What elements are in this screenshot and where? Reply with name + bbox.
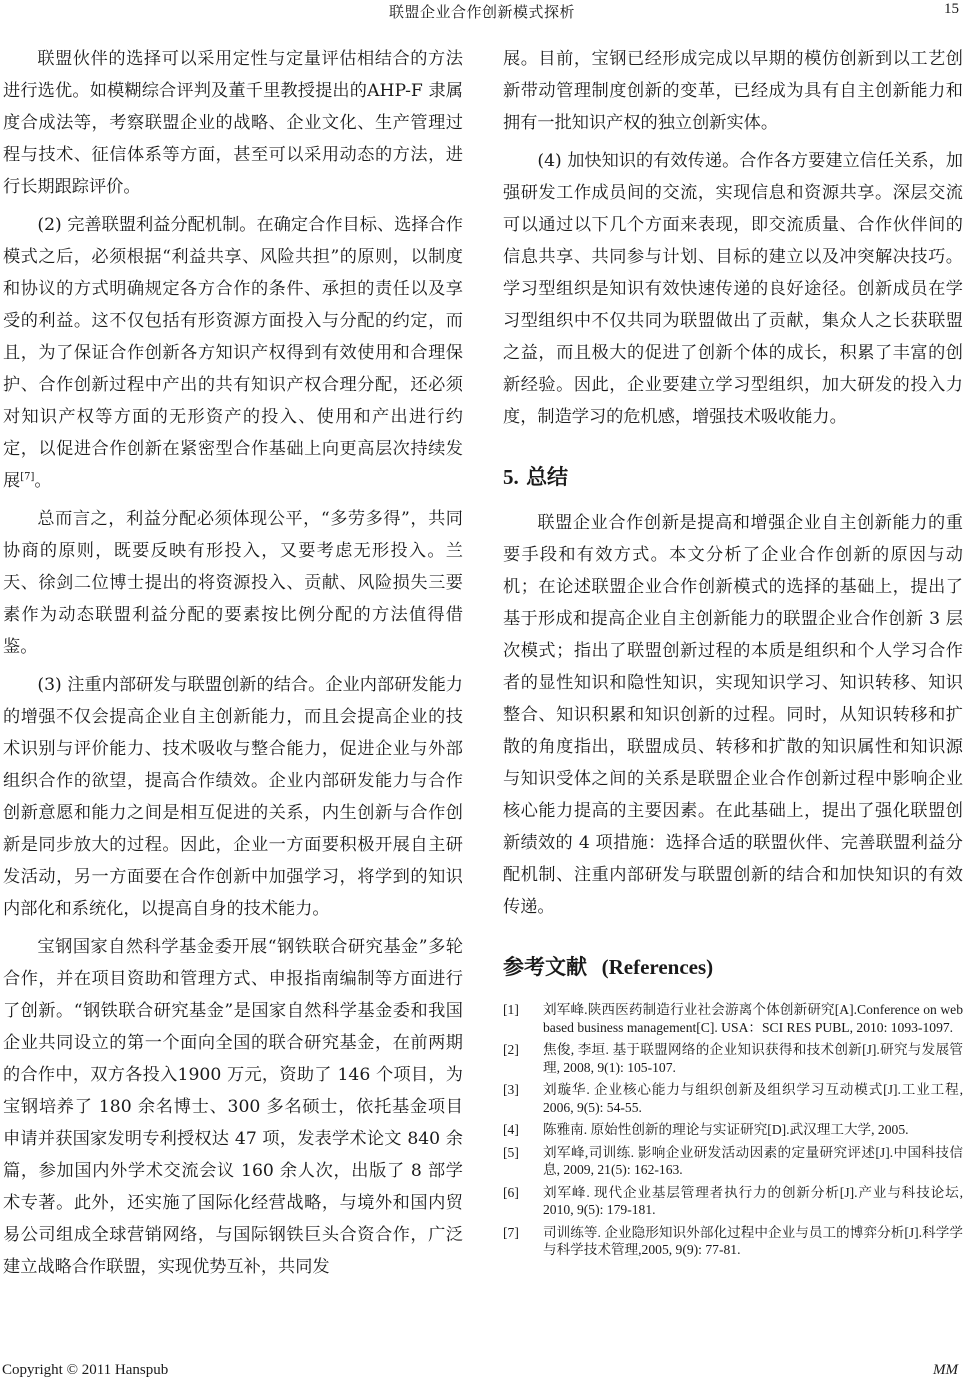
reference-text: 刘璇华. 企业核心能力与组织创新及组织学习互动模式[J].工业工程, 2006,… xyxy=(543,1082,963,1115)
page-footer: Copyright © 2011 Hanspub MM xyxy=(0,1362,964,1384)
running-title: 联盟企业合作创新模式探析 xyxy=(0,1,964,22)
references-heading-en: (References) xyxy=(602,955,714,979)
reference-item: [6]刘军峰. 现代企业基层管理者执行力的创新分析[J].产业与科技论坛, 20… xyxy=(503,1184,963,1219)
paragraph-internal-rd: (3) 注重内部研发与联盟创新的结合。企业内部研发能力的增强不仅会提高企业自主创… xyxy=(3,669,463,925)
paragraph-conclusion: 联盟企业合作创新是提高和增强企业自主创新能力的重要手段和有效方式。本文分析了企业… xyxy=(503,507,963,923)
reference-text: 刘军峰,司训练. 影响企业研发活动因素的定量研究评述[J].中国科技信息, 20… xyxy=(543,1145,963,1178)
paragraph-tail: 。 xyxy=(34,471,51,491)
citation-ref[interactable]: [7] xyxy=(20,471,34,482)
reference-text: 司训练等. 企业隐形知识外部化过程中企业与员工的博弈分析[J].科学学与科学技术… xyxy=(543,1225,963,1258)
section-title: 总结 xyxy=(526,465,568,489)
paragraph-fairness: 总而言之，利益分配必须体现公平，“多劳多得”，共同协商的原则，既要反映有形投入，… xyxy=(3,503,463,663)
left-column: 联盟伙伴的选择可以采用定性与定量评估相结合的方法进行选优。如模糊综合评判及董千里… xyxy=(3,43,463,1283)
reference-number: [4] xyxy=(503,1121,519,1139)
reference-number: [1] xyxy=(503,1001,519,1019)
copyright-notice: Copyright © 2011 Hanspub xyxy=(2,1362,168,1379)
reference-item: [3]刘璇华. 企业核心能力与组织创新及组织学习互动模式[J].工业工程, 20… xyxy=(503,1081,963,1116)
reference-number: [6] xyxy=(503,1184,519,1202)
reference-number: [2] xyxy=(503,1041,519,1059)
paragraph-baosteel-continued: 展。目前，宝钢已经形成完成以早期的模仿创新到以工艺创新带动管理制度创新的变革，已… xyxy=(503,43,963,139)
reference-number: [7] xyxy=(503,1224,519,1242)
right-column: 展。目前，宝钢已经形成完成以早期的模仿创新到以工艺创新带动管理制度创新的变革，已… xyxy=(503,43,963,1264)
reference-text: 刘军峰. 现代企业基层管理者执行力的创新分析[J].产业与科技论坛, 2010,… xyxy=(543,1185,963,1218)
page-number: 15 xyxy=(944,1,959,18)
reference-text: 陈雅南. 原始性创新的理论与实证研究[D].武汉理工大学, 2005. xyxy=(543,1122,909,1137)
reference-item: [5]刘军峰,司训练. 影响企业研发活动因素的定量研究评述[J].中国科技信息,… xyxy=(503,1144,963,1179)
reference-number: [3] xyxy=(503,1081,519,1099)
references-heading: 参考文献 (References) xyxy=(503,953,963,981)
section-heading-conclusion: 5. 总结 xyxy=(503,463,963,491)
reference-item: [1]刘军峰.陕西医药制造行业社会游离个体创新研究[A].Conference … xyxy=(503,1001,963,1036)
paragraph-baosteel-case: 宝钢国家自然科学基金委开展“钢铁联合研究基金”多轮合作，并在项目资助和管理方式、… xyxy=(3,931,463,1283)
reference-list: [1]刘军峰.陕西医药制造行业社会游离个体创新研究[A].Conference … xyxy=(503,1001,963,1259)
references-heading-zh: 参考文献 xyxy=(503,955,587,979)
reference-item: [4]陈雅南. 原始性创新的理论与实证研究[D].武汉理工大学, 2005. xyxy=(503,1121,963,1139)
section-number: 5. xyxy=(503,465,519,489)
running-header: 联盟企业合作创新模式探析 15 xyxy=(0,0,964,24)
paragraph-knowledge-transfer: (4) 加快知识的有效传递。合作各方要建立信任关系，加强研发工作成员间的交流，实… xyxy=(503,145,963,433)
journal-abbreviation: MM xyxy=(933,1362,958,1379)
paragraph-benefit-distribution: (2) 完善联盟利益分配机制。在确定合作目标、选择合作模式之后，必须根据“利益共… xyxy=(3,209,463,497)
reference-number: [5] xyxy=(503,1144,519,1162)
paragraph-text: (2) 完善联盟利益分配机制。在确定合作目标、选择合作模式之后，必须根据“利益共… xyxy=(3,215,463,491)
paragraph-partner-selection: 联盟伙伴的选择可以采用定性与定量评估相结合的方法进行选优。如模糊综合评判及董千里… xyxy=(3,43,463,203)
reference-item: [7]司训练等. 企业隐形知识外部化过程中企业与员工的博弈分析[J].科学学与科… xyxy=(503,1224,963,1259)
reference-item: [2]焦俊, 李垣. 基于联盟网络的企业知识获得和技术创新[J].研究与发展管理… xyxy=(503,1041,963,1076)
reference-text: 焦俊, 李垣. 基于联盟网络的企业知识获得和技术创新[J].研究与发展管理, 2… xyxy=(543,1042,963,1075)
reference-text: 刘军峰.陕西医药制造行业社会游离个体创新研究[A].Conference on … xyxy=(543,1002,963,1035)
